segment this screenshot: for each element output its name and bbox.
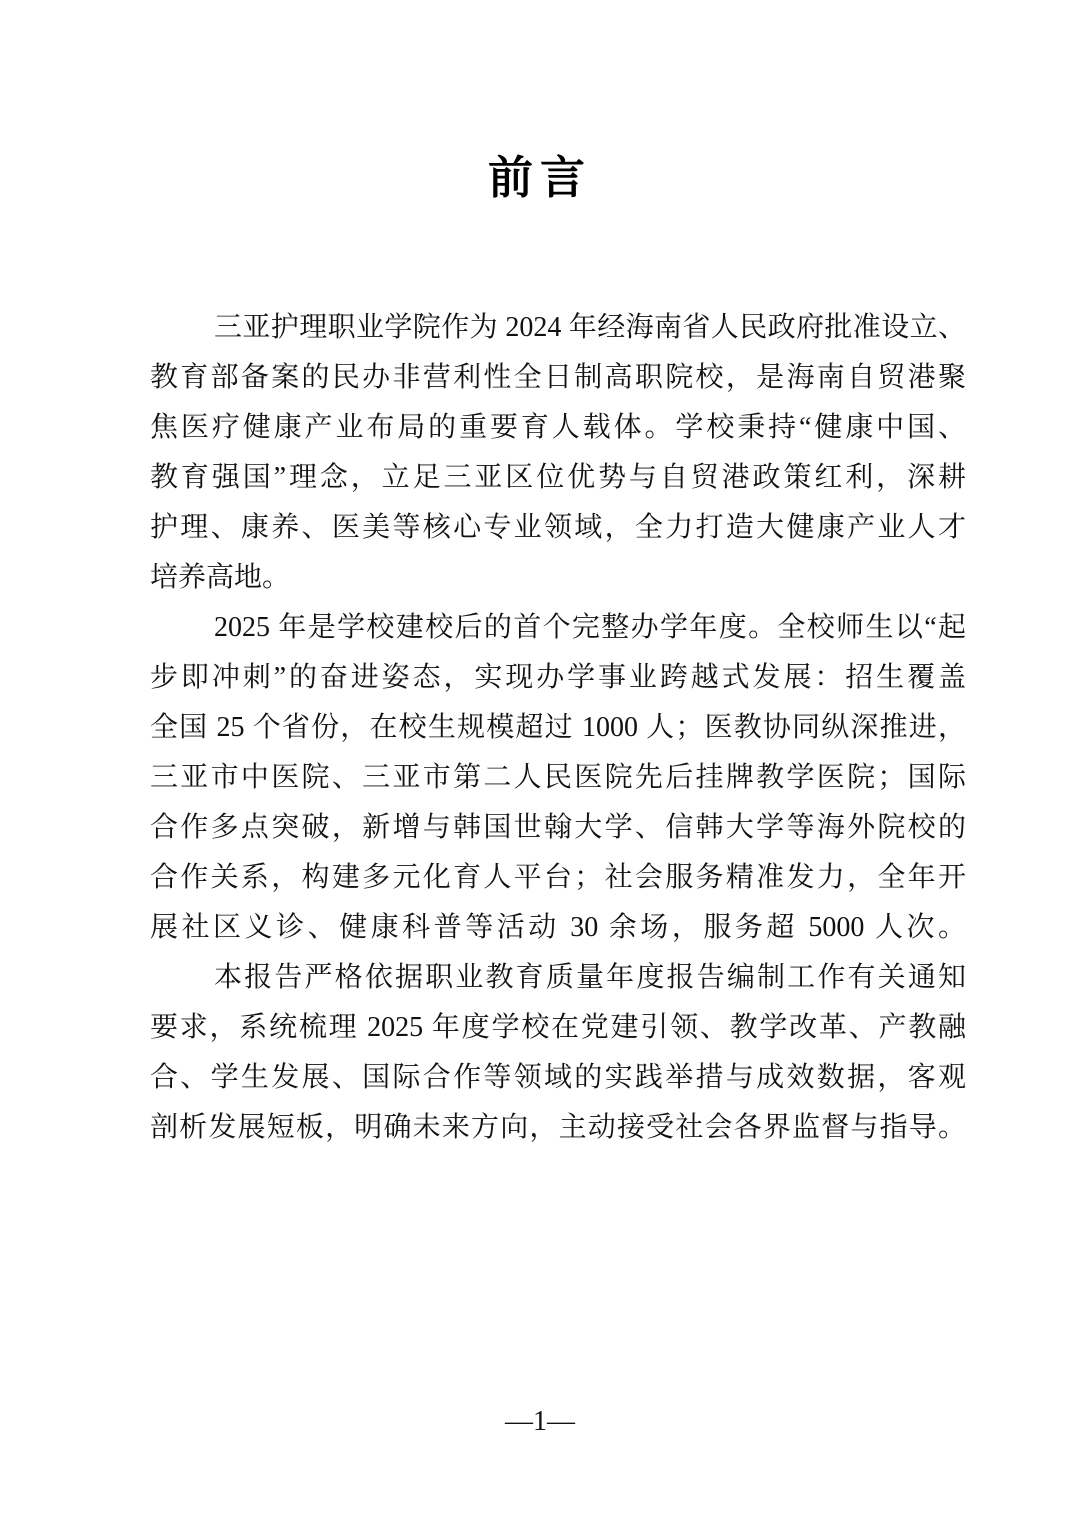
page-title: 前言 [0,148,1080,208]
text-line: 三亚护理职业学院作为 2024 年经海南省人民政府批准设立、 [150,303,966,353]
text-line: 要求，系统梳理 2025 年度学校在党建引领、教学改革、产教融 [150,1003,966,1053]
text-line: 教育部备案的民办非营利性全日制高职院校，是海南自贸港聚 [150,353,966,403]
text-line: 教育强国”理念，立足三亚区位优势与自贸港政策红利，深耕 [150,453,966,503]
page-number: —1— [0,1402,1080,1442]
text-line: 合、学生发展、国际合作等领域的实践举措与成效数据，客观 [150,1053,966,1103]
text-line: 三亚市中医院、三亚市第二人民医院先后挂牌教学医院；国际 [150,753,966,803]
text-line: 剖析发展短板，明确未来方向，主动接受社会各界监督与指导。 [150,1103,966,1153]
document-page: 前言 三亚护理职业学院作为 2024 年经海南省人民政府批准设立、 教育部备案的… [0,0,1080,1527]
paragraph: 本报告严格依据职业教育质量年度报告编制工作有关通知 要求，系统梳理 2025 年… [150,953,966,1153]
document-body: 三亚护理职业学院作为 2024 年经海南省人民政府批准设立、 教育部备案的民办非… [150,303,966,1153]
text-line: 培养高地。 [150,553,966,603]
text-line: 展社区义诊、健康科普等活动 30 余场，服务超 5000 人次。 [150,903,966,953]
text-line: 2025 年是学校建校后的首个完整办学年度。全校师生以“起 [150,603,966,653]
text-line: 本报告严格依据职业教育质量年度报告编制工作有关通知 [150,953,966,1003]
text-line: 合作多点突破，新增与韩国世翰大学、信韩大学等海外院校的 [150,803,966,853]
text-line: 步即冲刺”的奋进姿态，实现办学事业跨越式发展：招生覆盖 [150,653,966,703]
paragraph: 2025 年是学校建校后的首个完整办学年度。全校师生以“起 步即冲刺”的奋进姿态… [150,603,966,953]
paragraph: 三亚护理职业学院作为 2024 年经海南省人民政府批准设立、 教育部备案的民办非… [150,303,966,603]
text-line: 合作关系，构建多元化育人平台；社会服务精准发力，全年开 [150,853,966,903]
text-line: 全国 25 个省份，在校生规模超过 1000 人；医教协同纵深推进， [150,703,966,753]
text-line: 焦医疗健康产业布局的重要育人载体。学校秉持“健康中国、 [150,403,966,453]
text-line: 护理、康养、医美等核心专业领域，全力打造大健康产业人才 [150,503,966,553]
